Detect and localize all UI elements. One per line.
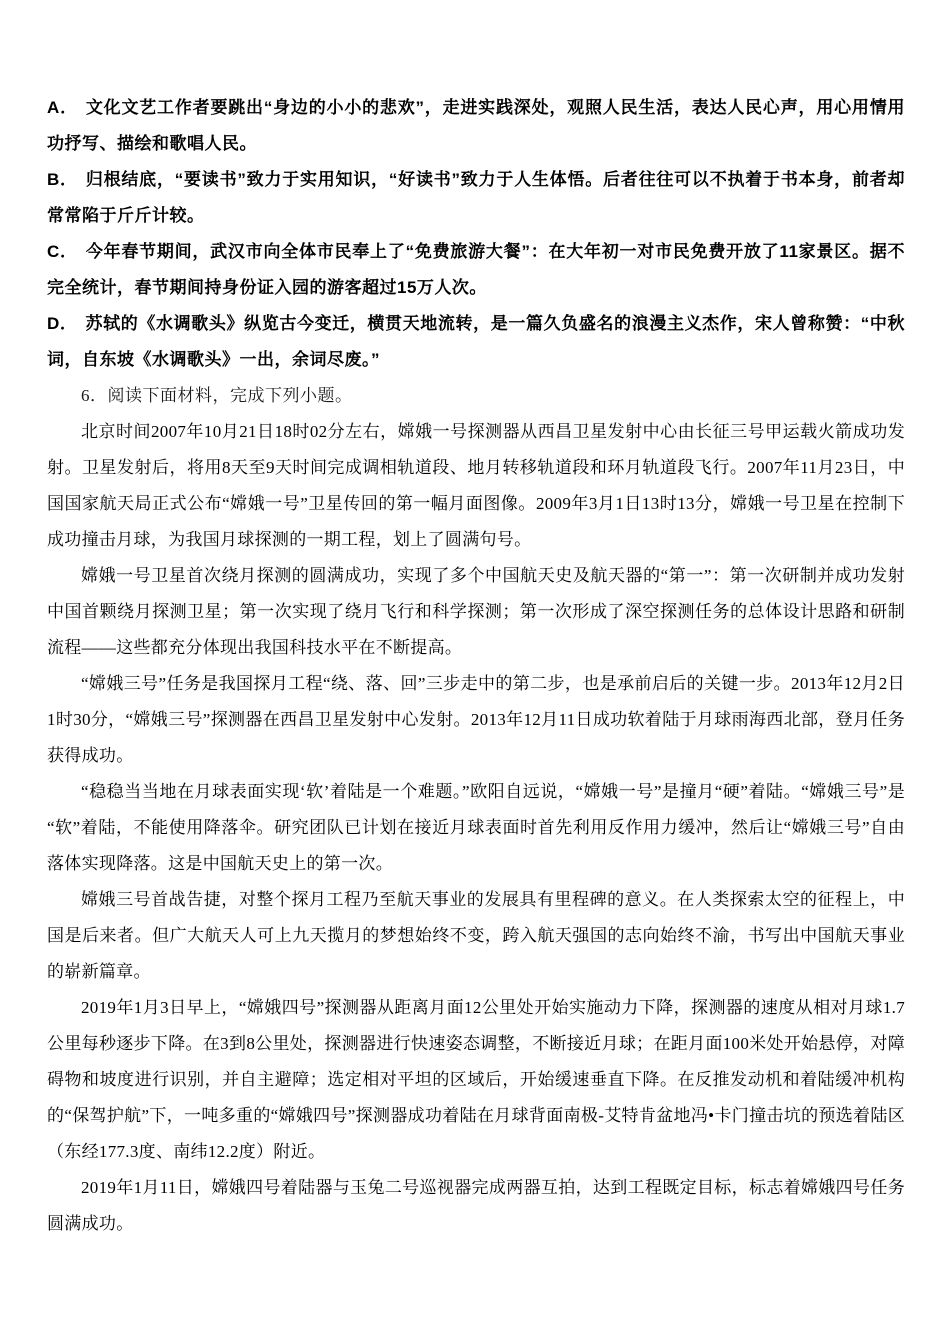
passage-paragraph-3: “嫦娥三号”任务是我国探月工程“绕、落、回”三步走中的第二步，也是承前启后的关键… (47, 666, 905, 774)
option-c-text: 今年春节期间，武汉市向全体市民奉上了“免费旅游大餐”：在大年初一对市民免费开放了… (47, 242, 905, 297)
option-d: D．苏轼的《水调歌头》纵览古今变迁，横贯天地流转，是一篇久负盛名的浪漫主义杰作，… (47, 306, 905, 378)
passage-paragraph-6: 2019年1月3日早上，“嫦娥四号”探测器从距离月面12公里处开始实施动力下降，… (47, 990, 905, 1170)
option-b: B．归根结底，“要读书”致力于实用知识，“好读书”致力于人生体悟。后者往往可以不… (47, 162, 905, 234)
passage-paragraph-4: “稳稳当当地在月球表面实现‘软’着陆是一个难题。”欧阳自远说，“嫦娥一号”是撞月… (47, 774, 905, 882)
option-d-label: D． (47, 314, 86, 333)
passage-paragraph-1: 北京时间2007年10月21日18时02分左右，嫦娥一号探测器从西昌卫星发射中心… (47, 414, 905, 558)
option-c-label: C． (47, 242, 86, 261)
passage-paragraph-2: 嫦娥一号卫星首次绕月探测的圆满成功，实现了多个中国航天史及航天器的“第一”：第一… (47, 558, 905, 666)
option-b-label: B． (47, 170, 86, 189)
question-number: 6． (81, 386, 108, 405)
option-a-label: A． (47, 98, 86, 117)
question-stem: 6．阅读下面材料，完成下列小题。 (47, 378, 905, 414)
question-prompt: 阅读下面材料，完成下列小题。 (108, 386, 353, 405)
option-a-text: 文化文艺工作者要跳出“身边的小小的悲欢”，走进实践深处，观照人民生活，表达人民心… (47, 98, 905, 153)
passage-paragraph-5: 嫦娥三号首战告捷，对整个探月工程乃至航天事业的发展具有里程碑的意义。在人类探索太… (47, 882, 905, 990)
exam-document-page: A．文化文艺工作者要跳出“身边的小小的悲欢”，走进实践深处，观照人民生活，表达人… (0, 0, 950, 1344)
option-a: A．文化文艺工作者要跳出“身边的小小的悲欢”，走进实践深处，观照人民生活，表达人… (47, 90, 905, 162)
option-b-text: 归根结底，“要读书”致力于实用知识，“好读书”致力于人生体悟。后者往往可以不执着… (47, 170, 905, 225)
option-c: C．今年春节期间，武汉市向全体市民奉上了“免费旅游大餐”：在大年初一对市民免费开… (47, 234, 905, 306)
passage-paragraph-7: 2019年1月11日，嫦娥四号着陆器与玉兔二号巡视器完成两器互拍，达到工程既定目… (47, 1170, 905, 1242)
option-d-text: 苏轼的《水调歌头》纵览古今变迁，横贯天地流转，是一篇久负盛名的浪漫主义杰作，宋人… (47, 314, 905, 369)
